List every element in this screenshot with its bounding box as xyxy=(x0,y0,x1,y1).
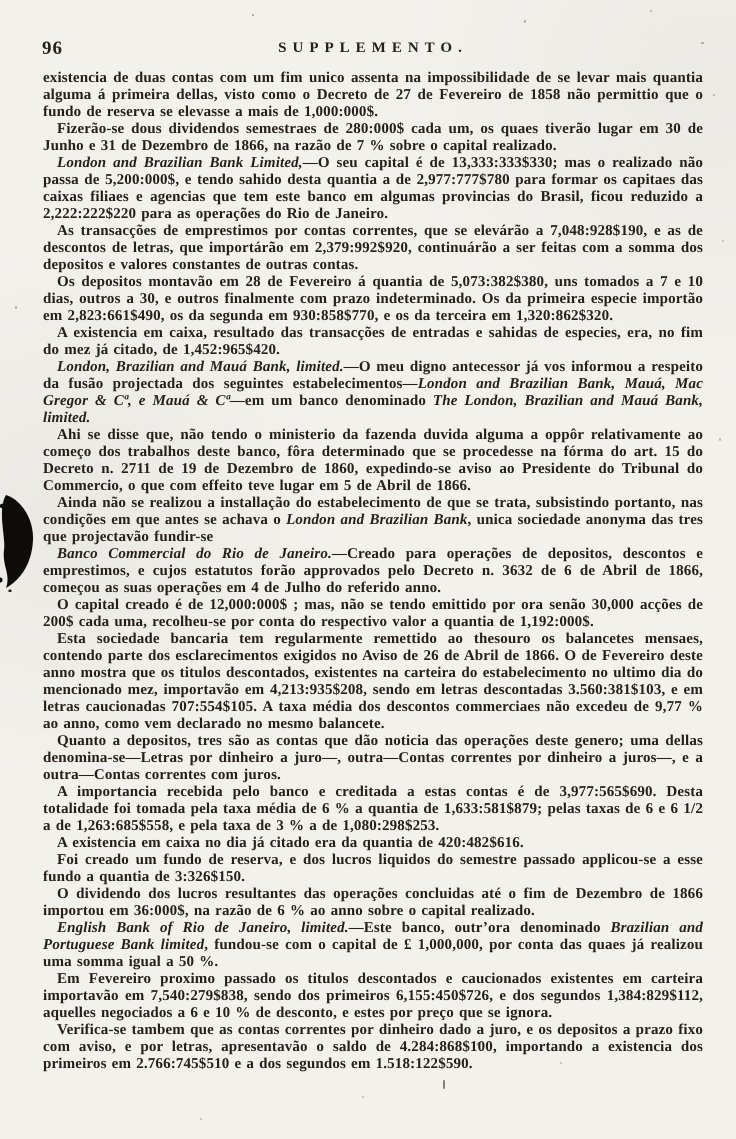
text-run: —em um banco denominado xyxy=(230,393,433,409)
scan-speckle xyxy=(252,14,254,16)
document-page: 96 SUPPLEMENTO. existencia de duas conta… xyxy=(43,36,703,1073)
page-title: SUPPLEMENTO. xyxy=(43,36,703,57)
text-run: existencia de duas contas com um fim uni… xyxy=(43,70,703,120)
paragraph: Fizerão-se dous dividendos semestraes de… xyxy=(43,121,703,155)
paragraph: Quanto a depositos, tres são as contas q… xyxy=(43,733,703,784)
scan-speckle xyxy=(15,306,17,309)
text-run: A existencia em caixa no dia já citado e… xyxy=(57,835,524,851)
paragraph: As transacções de emprestimos por contas… xyxy=(43,223,703,274)
paragraph: Banco Commercial do Rio de Janeiro.—Crea… xyxy=(43,546,703,597)
text-run: Fizerão-se dous dividendos semestraes de… xyxy=(43,121,703,154)
text-run: Esta sociedade bancaria tem regularmente… xyxy=(43,631,703,732)
text-run: A existencia em caixa, resultado das tra… xyxy=(43,325,703,358)
paragraph: Foi creado um fundo de reserva, e dos lu… xyxy=(43,852,703,886)
text-run-italic: London and Brazilian Bank xyxy=(286,512,467,528)
page-header: 96 SUPPLEMENTO. xyxy=(43,36,703,62)
paragraph: Em Fevereiro proximo passado os titulos … xyxy=(43,971,703,1022)
text-run-italic: Banco Commercial do Rio de Janeiro. xyxy=(57,546,332,562)
text-run: Quanto a depositos, tres são as contas q… xyxy=(43,733,703,783)
paragraph: existencia de duas contas com um fim uni… xyxy=(43,70,703,121)
text-run: Os depositos montavão em 28 de Fevereiro… xyxy=(43,274,703,324)
paragraph: Os depositos montavão em 28 de Fevereiro… xyxy=(43,274,703,325)
paragraph: A existencia em caixa, resultado das tra… xyxy=(43,325,703,359)
scan-speckle xyxy=(524,20,526,23)
scan-speckle xyxy=(477,1042,480,1046)
paragraph: O capital creado é de 12,000:000$ ; mas,… xyxy=(43,597,703,631)
paragraph: Ainda não se realizou a installação do e… xyxy=(43,495,703,546)
scan-speckle xyxy=(650,10,652,12)
text-run: A importancia recebida pelo banco e cred… xyxy=(43,784,703,834)
scan-speckle xyxy=(362,1096,364,1098)
text-run: As transacções de emprestimos por contas… xyxy=(43,223,703,273)
text-run: Ahi se disse que, não tendo o ministerio… xyxy=(43,427,703,494)
scan-speckle xyxy=(713,94,715,96)
paragraph: Esta sociedade bancaria tem regularmente… xyxy=(43,631,703,733)
paragraph: A existencia em caixa no dia já citado e… xyxy=(43,835,703,852)
paragraph: London and Brazilian Bank Limited,—O seu… xyxy=(43,155,703,223)
text-run-italic: London and Brazilian Bank Limited, xyxy=(57,155,303,171)
text-run: O dividendo dos lucros resultantes das o… xyxy=(43,886,703,919)
text-run: Foi creado um fundo de reserva, e dos lu… xyxy=(43,852,703,885)
scan-speckle xyxy=(443,1080,445,1089)
paragraph: Ahi se disse que, não tendo o ministerio… xyxy=(43,427,703,495)
scan-speckle xyxy=(200,1118,202,1120)
page-body: existencia de duas contas com um fim uni… xyxy=(43,70,703,1073)
paragraph: London, Brazilian and Mauá Bank, limited… xyxy=(43,359,703,427)
scan-speckle xyxy=(719,438,721,441)
paragraph: Verifica-se tambem que as contas corrent… xyxy=(43,1022,703,1073)
ink-blot-stain xyxy=(0,492,40,592)
text-run: Em Fevereiro proximo passado os titulos … xyxy=(43,971,703,1021)
paragraph: O dividendo dos lucros resultantes das o… xyxy=(43,886,703,920)
text-run: —Este banco, outr’ora denominado xyxy=(349,920,611,936)
scan-speckle xyxy=(560,1062,562,1064)
page-number: 96 xyxy=(42,38,63,60)
text-run-italic: English Bank of Rio de Janeiro, limited. xyxy=(57,920,349,936)
paragraph: A importancia recebida pelo banco e cred… xyxy=(43,784,703,835)
scan-speckle xyxy=(701,42,704,44)
paragraph: English Bank of Rio de Janeiro, limited.… xyxy=(43,920,703,971)
scan-speckle xyxy=(722,240,724,242)
text-run-italic: London, Brazilian and Mauá Bank, limited… xyxy=(57,359,344,375)
text-run: Verifica-se tambem que as contas corrent… xyxy=(43,1022,703,1072)
text-run: O capital creado é de 12,000:000$ ; mas,… xyxy=(43,597,703,630)
